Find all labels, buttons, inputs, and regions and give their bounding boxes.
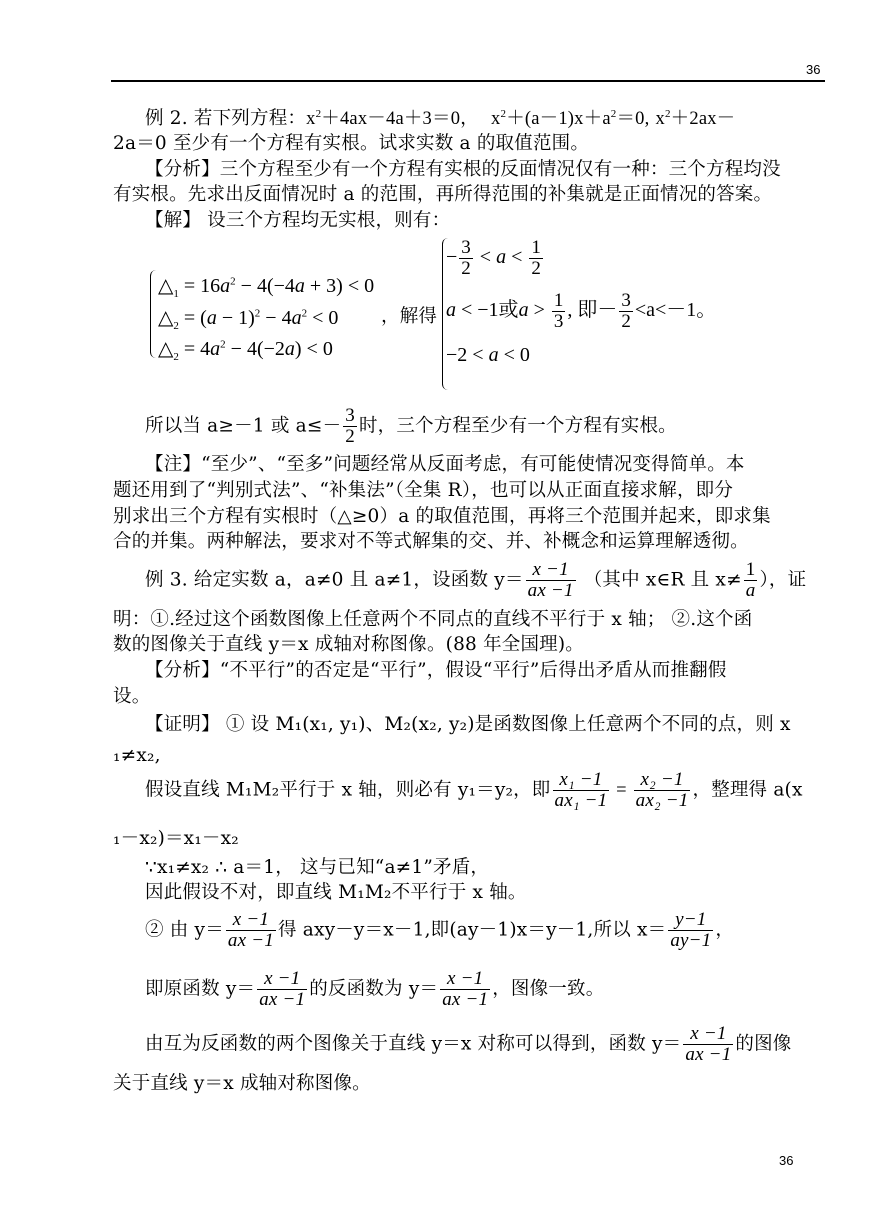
system-left-line3: △2 = 4a2 − 4(−2a) < 0 [158, 336, 333, 361]
example2-problem-line1: 例 2. 若下列方程：x2＋4ax－4a＋3＝0， x2＋(a－1)x＋a2＝0… [145, 108, 735, 130]
var-a: a [746, 580, 756, 601]
proof-line3: 假设直线 M₁M₂平行于 x 轴，则必有 y₁＝y₂，即x₁ −1ax₁ −1 … [145, 770, 803, 811]
footer-page-number: 36 [779, 1153, 793, 1168]
den-text: ax −1 [528, 580, 574, 601]
example3-analysis-line2: 设。 [113, 686, 150, 708]
numerator: 1 [744, 560, 758, 581]
system-right-line2: a < −1或a > 13, 即－32<a<－1。 [446, 291, 716, 332]
numerator: x₂ −1 [634, 770, 691, 791]
text: 由互为反函数的两个图像关于直线 y＝x 对称可以得到，函数 y＝ [145, 1034, 681, 1055]
note-line2: 题还用到了“判别式法”、“补集法”（全集 R），也可以从正面直接求解，即分 [113, 480, 733, 502]
example2-analysis-line1: 【分析】三个方程至少有一个方程有实根的反面情况仅有一种：三个方程均没 [145, 159, 781, 181]
term: − 4(−2 [226, 338, 285, 360]
fraction-function: x −1ax −1 [526, 560, 576, 601]
denominator: 2 [343, 427, 357, 447]
numerator: 1 [552, 291, 566, 312]
equals: = [611, 781, 631, 801]
delta-symbol: △ [158, 307, 173, 329]
text: 的图像 [735, 1034, 791, 1055]
denominator: a [744, 581, 758, 601]
den-text: ax −1 [259, 989, 305, 1010]
numerator: x −1 [526, 560, 576, 581]
example3-problem-line3: 数的图像关于直线 y＝x 成轴对称图像。(88 年全国理)。 [113, 634, 584, 656]
note-line3: 别求出三个方程有实根时（△≥0）a 的取值范围，再将三个范围并起来，即求集 [113, 506, 771, 528]
var-a: a [446, 299, 456, 321]
delta-symbol: △ [158, 275, 173, 297]
num-text: x₁ −1 [559, 769, 602, 790]
text: ， [715, 920, 734, 941]
var-a: a [210, 338, 220, 360]
num-text: x −1 [264, 968, 300, 989]
var-a: a [496, 246, 506, 268]
gt: > [529, 299, 550, 321]
num-text: x −1 [233, 909, 269, 930]
text: ② 由 y＝ [145, 920, 224, 941]
num-text: x −1 [532, 559, 568, 580]
proof-line1: 【证明】 ① 设 M₁(x₁, y₁)、M₂(x₂, y₂)是函数图像上任意两个… [145, 714, 791, 736]
example2-problem-line2: 2a＝0 至少有一个方程有实根。试求实数 a 的取值范围。 [113, 133, 589, 155]
var-a: a [295, 275, 305, 297]
term: = 16 [179, 275, 220, 297]
numerator: y−1 [668, 910, 713, 931]
eq2-end: ＝0, [616, 109, 649, 129]
fraction-1-2: 12 [529, 238, 543, 279]
fraction-function: x −1ax −1 [226, 910, 276, 951]
result: <a<－1。 [635, 299, 716, 321]
var-x: x [306, 109, 315, 129]
den-text: ax −1 [228, 930, 274, 951]
fraction-x2: x₂ −1ax₂ −1 [634, 770, 691, 811]
part2-line1: ② 由 y＝x −1ax −1得 axy－y＝x－1,即(ay－1)x＝y－1,… [145, 910, 734, 951]
denominator: ay−1 [668, 931, 713, 951]
proof-line5: ∵x₁≠x₂ ∴ a＝1， 这与已知“a≠1”矛盾， [145, 857, 489, 879]
fraction-function: x −1ax −1 [257, 969, 307, 1010]
fraction-1-a: 1a [744, 560, 758, 601]
text: （其中 x∈R 且 x≠ [584, 570, 742, 591]
term: < 0 [499, 344, 530, 366]
eq3-start: ＋2ax－ [671, 109, 736, 129]
note-line4: 合的并集。两种解法，要求对不等式解集的交、并、补概念和运算理解透彻。 [113, 531, 749, 553]
system-left-line2: △2 = (a − 1)2 − 4a2 < 0 [158, 305, 338, 330]
example3-analysis-line1: 【分析】“不平行”的否定是“平行”，假设“平行”后得出矛盾从而推翻假 [145, 660, 727, 682]
minus: − [446, 246, 457, 268]
fraction-inverse: y−1ay−1 [668, 910, 713, 951]
den-text: ax₁ −1 [555, 790, 608, 811]
text: ），证 [759, 570, 806, 591]
numerator: 3 [343, 406, 357, 427]
example2-analysis-line2: 有实根。先求出反面情况时 a 的范围，再所得范围的补集就是正面情况的答案。 [113, 184, 772, 206]
text: 的反函数为 y＝ [309, 979, 438, 1000]
denominator: ax −1 [683, 1045, 733, 1065]
term: ) < 0 [295, 338, 333, 360]
header-rule [111, 80, 825, 82]
system-right-line1: −32 < a < 12 [446, 238, 545, 279]
text: 所以当 a≥－1 或 a≤－ [145, 416, 341, 437]
numerator: 3 [619, 291, 633, 312]
denominator: 2 [529, 259, 543, 279]
denominator: ax −1 [440, 990, 490, 1010]
denominator: ax −1 [257, 990, 307, 1010]
term: − 1) [217, 307, 255, 329]
fraction-function: x −1ax −1 [440, 969, 490, 1010]
text: 假设直线 M₁M₂平行于 x 轴，则必有 y₁＝y₂，即 [145, 780, 551, 801]
term: −2 < [446, 344, 489, 366]
den-text: ay−1 [670, 930, 711, 951]
text: 时，三个方程至少有一个方程有实根。 [359, 416, 677, 437]
eq1: x2＋4ax－4a＋3＝0， [306, 109, 479, 129]
num-text: y−1 [675, 909, 706, 930]
proof-line4: ₁－x₂)＝x₁－x₂ [113, 828, 239, 850]
term: < 0 [307, 307, 338, 329]
den-text: ax −1 [685, 1044, 731, 1065]
var-a: a [292, 307, 302, 329]
eq1-rest: ＋4ax－4a＋3＝0， [321, 109, 479, 129]
num-text: x₂ −1 [640, 769, 683, 790]
final-line1: 由互为反函数的两个图像关于直线 y＝x 对称可以得到，函数 y＝x −1ax −… [145, 1024, 792, 1065]
var-a: a [220, 275, 230, 297]
fraction-x1: x₁ −1ax₁ −1 [553, 770, 610, 811]
eq3: x2＋2ax－ [656, 109, 736, 129]
example2-conclusion: 所以当 a≥－1 或 a≤－32时，三个方程至少有一个方程有实根。 [145, 406, 677, 447]
header-page-number: 36 [806, 62, 820, 77]
numerator: x −1 [440, 969, 490, 990]
numerator: 1 [529, 238, 543, 259]
denominator: ax −1 [526, 581, 576, 601]
text: 例 3. 给定实数 a，a≠0 且 a≠1，设函数 y＝ [145, 570, 524, 591]
var-a: a [489, 344, 499, 366]
denominator: ax₂ −1 [634, 791, 691, 811]
text: 即原函数 y＝ [145, 979, 255, 1000]
lt: < [506, 246, 527, 268]
term: < −1或 [456, 299, 519, 321]
fraction-3-2: 32 [459, 238, 473, 279]
fraction-function: x −1ax −1 [683, 1024, 733, 1065]
var-x: x [656, 109, 665, 129]
denominator: 3 [552, 312, 566, 332]
term: = ( [179, 307, 207, 329]
num-text: x −1 [447, 968, 483, 989]
fraction-3-2: 32 [343, 406, 357, 447]
numerator: x −1 [683, 1024, 733, 1045]
den-text: ax −1 [442, 989, 488, 1010]
numerator: x −1 [226, 910, 276, 931]
eq2: x2＋(a－1)x＋a2＝0, [491, 109, 649, 129]
denominator: 2 [619, 312, 633, 332]
fraction-3-2: 32 [619, 291, 633, 332]
denominator: 2 [459, 259, 473, 279]
term: − 4 [260, 307, 291, 329]
solve-word: ，解得 [381, 306, 437, 328]
eq2-mid: ＋(a－1)x＋a [506, 109, 611, 129]
denominator: ax₁ −1 [553, 791, 610, 811]
numerator: x −1 [257, 969, 307, 990]
denominator: ax −1 [226, 931, 276, 951]
example2-solution-intro: 【解】 设三个方程均无实根，则有： [145, 210, 450, 232]
system-left-line1: △1 = 16a2 − 4(−4a + 3) < 0 [158, 273, 374, 298]
numerator: x₁ −1 [553, 770, 610, 791]
text: ，图像一致。 [492, 979, 604, 1000]
system-right-line3: −2 < a < 0 [446, 344, 530, 367]
term: , 即－ [567, 299, 617, 321]
den-text: ax₂ −1 [636, 790, 689, 811]
delta-symbol: △ [158, 338, 173, 360]
text: ，整理得 a(x [692, 780, 802, 801]
example3-problem-line1: 例 3. 给定实数 a，a≠0 且 a≠1，设函数 y＝x −1ax −1 （其… [145, 560, 806, 601]
proof-line2: ₁≠x₂, [113, 745, 161, 767]
example2-label: 例 2. 若下列方程： [145, 108, 306, 129]
part2-line2: 即原函数 y＝x −1ax −1的反函数为 y＝x −1ax −1，图像一致。 [145, 969, 604, 1010]
note-line1: 【注】“至少”、“至多”问题经常从反面考虑，有可能使情况变得简单。本 [145, 454, 745, 476]
num-text: x −1 [690, 1023, 726, 1044]
numerator: 3 [459, 238, 473, 259]
lt: < [475, 246, 496, 268]
fraction-1-3: 13 [552, 291, 566, 332]
var-a: a [285, 338, 295, 360]
term: + 3) < 0 [305, 275, 374, 297]
example3-problem-line2: 明：①.经过这个函数图像上任意两个不同点的直线不平行于 x 轴； ②.这个函 [113, 609, 752, 631]
term: = 4 [179, 338, 210, 360]
final-line2: 关于直线 y＝x 成轴对称图像。 [113, 1073, 371, 1095]
var-a: a [207, 307, 217, 329]
text: 得 axy－y＝x－1,即(ay－1)x＝y－1,所以 x＝ [278, 920, 666, 941]
var-a: a [519, 299, 529, 321]
proof-line6: 因此假设不对，即直线 M₁M₂不平行于 x 轴。 [145, 882, 527, 904]
term: − 4(−4 [236, 275, 295, 297]
